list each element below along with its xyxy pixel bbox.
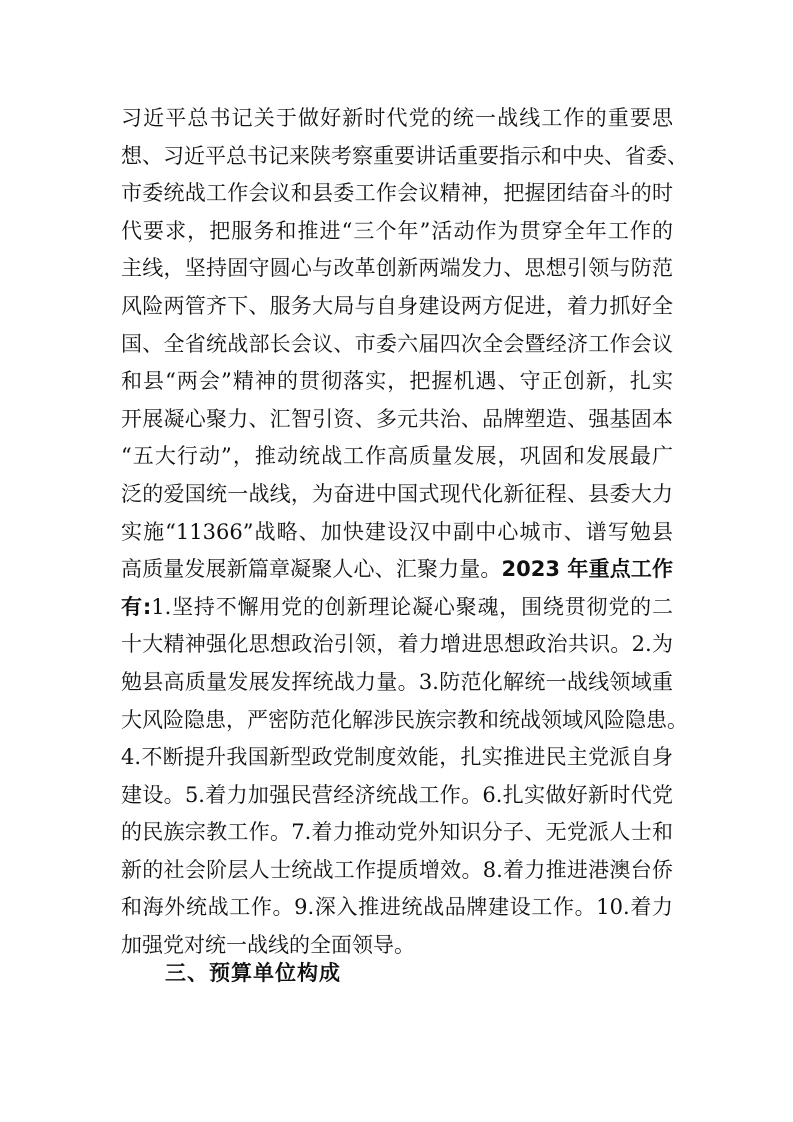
paragraph-line: 和县“两会”精神的贯彻落实，把握机遇、守正创新，扎实 xyxy=(121,363,673,401)
paragraph-line: 主线，坚持固守圆心与改革创新两端发力、思想引领与防范 xyxy=(121,250,673,288)
paragraph-line: 风险两管齐下、服务大局与自身建设两方促进，着力抓好全 xyxy=(121,288,673,326)
paragraph-line: 4.不断提升我国新型政党制度效能，扎实推进民主党派自身 xyxy=(121,739,673,777)
paragraph-line-mixed: 高质量发展新篇章凝聚人心、汇聚力量。2023 年重点工作 xyxy=(121,551,673,589)
paragraph-line: 和海外统战工作。9.深入推进统战品牌建设工作。10.着力 xyxy=(121,889,673,927)
normal-text: 高质量发展新篇章凝聚人心、汇聚力量。 xyxy=(121,557,502,581)
paragraph-line: 实施“11366”战略、加快建设汉中副中心城市、谱写勉县 xyxy=(121,514,673,552)
section-heading: 三、预算单位构成 xyxy=(165,955,341,993)
paragraph-line: 勉县高质量发展发挥统战力量。3.防范化解统一战线领域重 xyxy=(121,664,673,702)
paragraph-line: 的民族宗教工作。7.着力推动党外知识分子、无党派人士和 xyxy=(121,814,673,852)
paragraph-line: 国、全省统战部长会议、市委六届四次全会暨经济工作会议 xyxy=(121,326,673,364)
paragraph-line: 十大精神强化思想政治引领，着力增进思想政治共识。2.为 xyxy=(121,626,673,664)
document-page: 习近平总书记关于做好新时代党的统一战线工作的重要思 想、习近平总书记来陕考察重要… xyxy=(0,0,793,1122)
paragraph-line: 大风险隐患，严密防范化解涉民族宗教和统战领域风险隐患。 xyxy=(121,702,673,740)
body-paragraph: 习近平总书记关于做好新时代党的统一战线工作的重要思 想、习近平总书记来陕考察重要… xyxy=(121,100,673,965)
paragraph-line: 想、习近平总书记来陕考察重要讲话重要指示和中央、省委、 xyxy=(121,138,673,176)
paragraph-line: 开展凝心聚力、汇智引资、多元共治、品牌塑造、强基固本 xyxy=(121,401,673,439)
paragraph-line: “五大行动”，推动统战工作高质量发展，巩固和发展最广 xyxy=(121,438,673,476)
paragraph-line: 新的社会阶层人士统战工作提质增效。8.着力推进港澳台侨 xyxy=(121,852,673,890)
paragraph-line: 市委统战工作会议和县委工作会议精神，把握团结奋斗的时 xyxy=(121,175,673,213)
paragraph-line: 习近平总书记关于做好新时代党的统一战线工作的重要思 xyxy=(121,100,673,138)
key-work-label: 2023 年重点工作 xyxy=(502,557,673,581)
paragraph-line: 代要求，把服务和推进“三个年”活动作为贯穿全年工作的 xyxy=(121,213,673,251)
key-work-label-end: 有: xyxy=(121,595,151,619)
paragraph-line: 建设。5.着力加强民营经济统战工作。6.扎实做好新时代党 xyxy=(121,777,673,815)
normal-text: 1.坚持不懈用党的创新理论凝心聚魂，围绕贯彻党的二 xyxy=(151,595,673,619)
paragraph-line: 泛的爱国统一战线，为奋进中国式现代化新征程、县委大力 xyxy=(121,476,673,514)
paragraph-line-mixed: 有:1.坚持不懈用党的创新理论凝心聚魂，围绕贯彻党的二 xyxy=(121,589,673,627)
